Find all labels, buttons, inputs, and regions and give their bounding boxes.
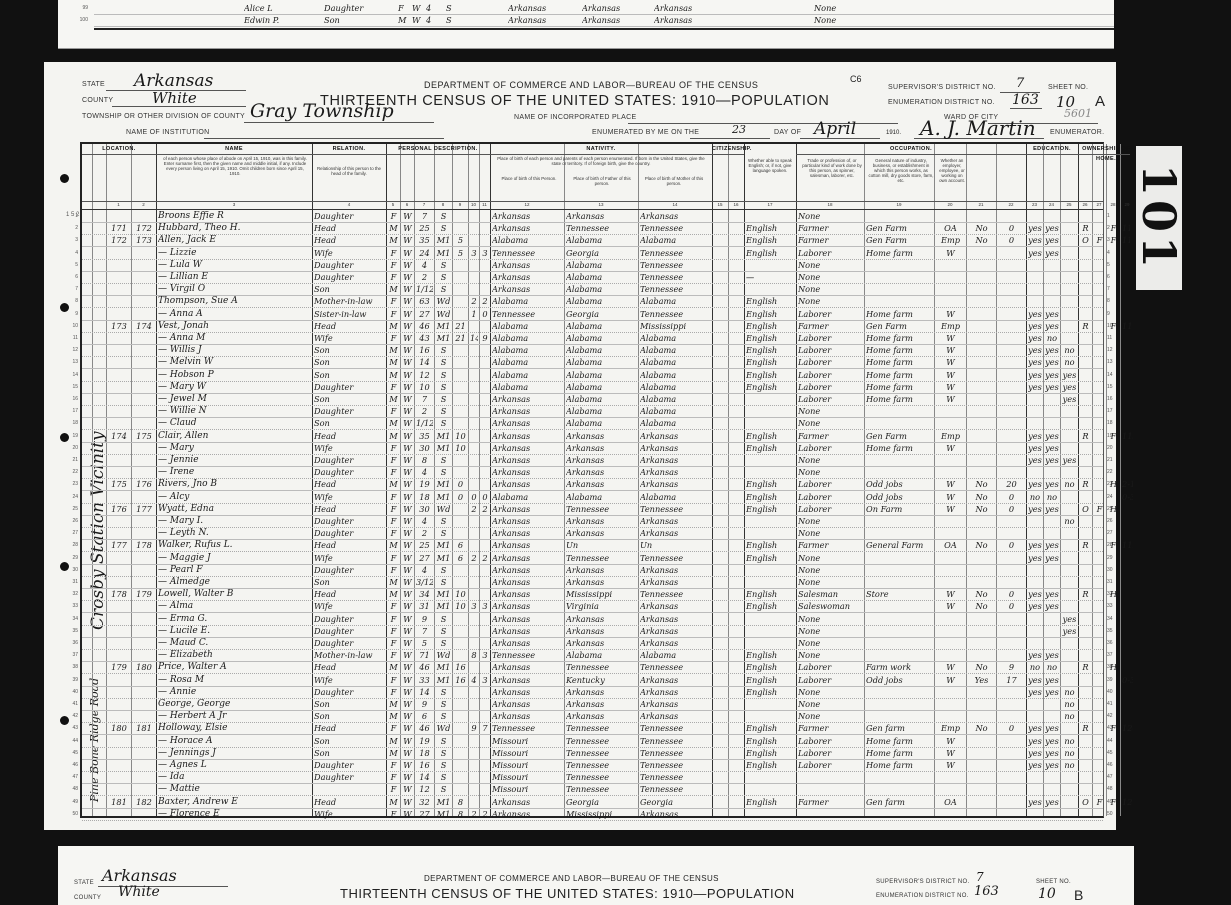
cell-race: W [402, 710, 413, 722]
cell-fh: F [1108, 222, 1119, 234]
cell-sex: M [388, 796, 399, 808]
cell-relation: Head [314, 588, 385, 600]
cell-bp: Arkansas [492, 442, 563, 454]
cell-born [470, 686, 478, 698]
cell-fh: F [1108, 234, 1119, 246]
cell-sched [1122, 735, 1133, 747]
trade-header: Trade or profession of, or particular ki… [800, 158, 864, 198]
cell-lang: English [746, 588, 795, 600]
cell-own [1080, 308, 1091, 320]
cell-marital: S [436, 686, 451, 698]
cell-dwelling [108, 735, 130, 747]
cell-oow [968, 771, 995, 783]
cell-yrs: 5 [454, 234, 467, 246]
cell-sex: F [388, 247, 399, 259]
cell-school [1062, 308, 1077, 320]
cell-bp: Arkansas [492, 210, 563, 222]
cell-own [1080, 686, 1091, 698]
cell-own [1080, 552, 1091, 564]
cell-race: W [402, 247, 413, 259]
cell-age: 4 [416, 466, 433, 478]
cell-emp [936, 295, 965, 307]
cell-sched [1122, 356, 1133, 368]
cell-age: 31 [416, 600, 433, 612]
cell-line: 100 [68, 14, 88, 26]
cell-mbp: Arkansas [640, 600, 711, 612]
cell-sex: F [388, 466, 399, 478]
cell-dwelling [108, 771, 130, 783]
cell-born [470, 320, 478, 332]
cell-age: 5 [416, 637, 433, 649]
column-number: 12 [490, 201, 564, 209]
line-number: 11 [66, 332, 78, 344]
cell-sex: M [388, 393, 399, 405]
cell-fh [1108, 369, 1119, 381]
cell-born [470, 661, 478, 673]
cell-sched: 117 [1122, 320, 1133, 332]
name-column-instructions: of each person whose place of abode on A… [162, 156, 308, 200]
table-row: 3232178179Lowell, Walter BHeadMW34M110Ar… [82, 588, 1103, 601]
cell-age: 2 [416, 271, 433, 283]
cell-industry [866, 259, 933, 271]
cell-age: 12 [416, 369, 433, 381]
cell-lang: English [746, 356, 795, 368]
cell-emp [936, 466, 965, 478]
cell-sex: M [388, 661, 399, 673]
cell-yrs [454, 613, 467, 625]
cell-age: 14 [416, 686, 433, 698]
cell-oow [968, 698, 995, 710]
cell-race: W [402, 405, 413, 417]
cell-sched [1122, 686, 1133, 698]
cell-read: yes [1028, 222, 1042, 234]
cell-family [133, 759, 155, 771]
cell-bp: Arkansas [492, 478, 563, 490]
cell-industry: Home farm [866, 735, 933, 747]
enumerated-day-line [690, 138, 770, 139]
cell-school [1062, 466, 1077, 478]
cell-yrs [454, 698, 467, 710]
cell-name: — Herbert A Jr [158, 710, 311, 722]
cell-own [1080, 771, 1091, 783]
cell-yrs [454, 271, 467, 283]
cell-yrs: 8 [454, 796, 467, 808]
cell-name: — Mattie [158, 783, 311, 795]
cell-dwelling [108, 271, 130, 283]
cell-own: R [1080, 661, 1091, 673]
cell-race: W [402, 625, 413, 637]
cell-born [470, 283, 478, 295]
cell-fh [1108, 259, 1119, 271]
cell-write [1045, 283, 1059, 295]
cell-age: 9 [416, 613, 433, 625]
cell-trade: Laborer [798, 247, 863, 259]
cell-race: W [402, 320, 413, 332]
cell-school [1062, 637, 1077, 649]
cell-birthplace: Arkansas [508, 2, 578, 14]
cell-mbp: Arkansas [640, 515, 711, 527]
cell-name: — Mary W [158, 381, 311, 393]
cell-age: 4 [416, 259, 433, 271]
cell-sex: M [388, 747, 399, 759]
cell-family [133, 515, 155, 527]
cell-family: 177 [133, 503, 155, 515]
cell-marital: S [436, 759, 451, 771]
cell-oow [968, 783, 995, 795]
cell-yrs [454, 747, 467, 759]
cell-relation: Daughter [314, 381, 385, 393]
cell-sched: 0-3-7-X [1122, 674, 1133, 686]
cell-dwelling [108, 686, 130, 698]
cell-born: 2 [470, 552, 478, 564]
cell-oow [968, 613, 995, 625]
cell-fh: H [1108, 661, 1119, 673]
cell-own: O [1080, 796, 1091, 808]
cell-industry: Gen Farm [866, 222, 933, 234]
cell-mort [1094, 600, 1105, 612]
cell-marital: S [436, 783, 451, 795]
table-row: 3434— Erma G.DaughterFW9SArkansasArkansa… [82, 613, 1103, 626]
table-row: 4040— AnnieDaughterFW14SArkansasArkansas… [82, 686, 1103, 699]
cell-oow: No [968, 478, 995, 490]
cell-mort [1094, 710, 1105, 722]
cell-family [133, 247, 155, 259]
cell-school [1062, 405, 1077, 417]
cell-family [133, 735, 155, 747]
cell-mbp: Arkansas [640, 210, 711, 222]
cell-industry [866, 771, 933, 783]
cell-born: 3 [470, 247, 478, 259]
cell-own [1080, 515, 1091, 527]
cell-read [1028, 466, 1042, 478]
cell-mort [1094, 588, 1105, 600]
cell-race: W [402, 698, 413, 710]
cell-sched [1122, 454, 1133, 466]
line-number: 4 [66, 247, 78, 259]
cell-read [1028, 283, 1042, 295]
cell-own [1080, 332, 1091, 344]
bottom-county-value: White [118, 884, 160, 900]
cell-wks [998, 271, 1025, 283]
cell-family: 172 [133, 222, 155, 234]
department-heading: DEPARTMENT OF COMMERCE AND LABOR—BUREAU … [424, 80, 758, 90]
cell-mort [1094, 478, 1105, 490]
cell-fbp: Kentucky [566, 674, 637, 686]
cell-mort [1094, 539, 1105, 551]
cell-fbp: Alabama [566, 295, 637, 307]
cell-trade: Laborer [798, 661, 863, 673]
cell-race: W [402, 796, 413, 808]
cell-wks [998, 808, 1025, 820]
cell-family: 175 [133, 430, 155, 442]
cell-living [481, 283, 489, 295]
cell-race: W [402, 259, 413, 271]
cell-lang [746, 515, 795, 527]
cell-write [1045, 417, 1059, 429]
cell-dwelling [108, 308, 130, 320]
cell-industry [866, 686, 933, 698]
cell-living [481, 637, 489, 649]
cell-bp: Arkansas [492, 674, 563, 686]
cell-emp [936, 783, 965, 795]
cell-read: yes [1028, 649, 1042, 661]
cell-wks [998, 417, 1025, 429]
cell-marital: S [436, 747, 451, 759]
cell-living [481, 210, 489, 222]
cell-fbp: Georgia [566, 308, 637, 320]
cell-own [1080, 356, 1091, 368]
cell-age: 6 [416, 710, 433, 722]
cell-relation: Daughter [314, 686, 385, 698]
cell-family [133, 783, 155, 795]
cell-living [481, 381, 489, 393]
cell-born [470, 564, 478, 576]
cell-read [1028, 271, 1042, 283]
line-number: 45 [66, 747, 78, 759]
cell-name: — Melvin W [158, 356, 311, 368]
cell-marital: S [436, 356, 451, 368]
cell-write [1045, 466, 1059, 478]
cell-relation: Son [314, 393, 385, 405]
cell-lang: English [746, 222, 795, 234]
cell-dwelling [108, 576, 130, 588]
cell-school [1062, 234, 1077, 246]
cell-industry: Odd jobs [866, 478, 933, 490]
cell-oow [968, 747, 995, 759]
cell-fbp: Tennessee [566, 735, 637, 747]
cell-name: — Jewel M [158, 393, 311, 405]
cell-marital: S [436, 515, 451, 527]
cell-yrs: 0 [454, 491, 467, 503]
cell-read [1028, 771, 1042, 783]
cell-trade: Laborer [798, 393, 863, 405]
cell-yrs [454, 466, 467, 478]
cell-family [133, 625, 155, 637]
cell-industry [866, 649, 933, 661]
cell-read [1028, 710, 1042, 722]
cell-dwelling: 171 [108, 222, 130, 234]
cell-sex: F [388, 332, 399, 344]
cell-relation: Son [314, 344, 385, 356]
cell-living [481, 625, 489, 637]
cell-race: W [402, 515, 413, 527]
cell-sex: F [388, 491, 399, 503]
cell-wks: 0 [998, 722, 1025, 734]
cell-industry: Farm work [866, 661, 933, 673]
cell-family [133, 771, 155, 783]
cell-yrs: 5 [454, 247, 467, 259]
cell-read [1028, 210, 1042, 222]
cell-read: yes [1028, 442, 1042, 454]
cell-write [1045, 771, 1059, 783]
cell-born: 4 [470, 674, 478, 686]
cell-race: W [402, 686, 413, 698]
cell-sched [1122, 661, 1133, 673]
cell-lang [746, 808, 795, 820]
cell-wks [998, 796, 1025, 808]
cell-oow: No [968, 661, 995, 673]
cell-family [133, 466, 155, 478]
cell-yrs [454, 686, 467, 698]
cell-age: 27 [416, 552, 433, 564]
cell-relation: Daughter [314, 454, 385, 466]
cell-sched [1122, 637, 1133, 649]
cell-own [1080, 747, 1091, 759]
line-number: 39 [66, 674, 78, 686]
cell-family: 178 [133, 539, 155, 551]
cell-living [481, 320, 489, 332]
cell-fbp: Mississippi [566, 808, 637, 820]
cell-relation: Son [314, 735, 385, 747]
cell-school [1062, 442, 1077, 454]
cell-school: yes [1062, 381, 1077, 393]
cell-fh [1108, 613, 1119, 625]
cell-living [481, 271, 489, 283]
cell-sex: M [398, 14, 412, 26]
cell-trade: None [798, 637, 863, 649]
cell-own [1080, 259, 1091, 271]
cell-oow [968, 564, 995, 576]
cell-yrs [454, 295, 467, 307]
cell-emp [936, 417, 965, 429]
cell-lang: English [746, 430, 795, 442]
cell-born [470, 369, 478, 381]
cell-bp: Arkansas [492, 613, 563, 625]
bottom-department: DEPARTMENT OF COMMERCE AND LABOR—BUREAU … [424, 874, 719, 883]
line-number: 31 [66, 576, 78, 588]
cell-race: W [402, 271, 413, 283]
cell-bp: Arkansas [492, 552, 563, 564]
cell-emp: W [936, 369, 965, 381]
cell-write: yes [1045, 234, 1059, 246]
cell-fbp: Alabama [566, 393, 637, 405]
cell-lang: English [746, 247, 795, 259]
cell-dwelling [108, 527, 130, 539]
cell-name: — Almedge [158, 576, 311, 588]
cell-born [470, 466, 478, 478]
cell-age: 14 [416, 771, 433, 783]
cell-marital: Wd [436, 503, 451, 515]
cell-born [470, 539, 478, 551]
column-number: 8 [434, 201, 452, 209]
line-number: 43 [66, 722, 78, 734]
cell-fbp: Arkansas [566, 454, 637, 466]
cell-yrs [454, 405, 467, 417]
cell-own [1080, 210, 1091, 222]
cell-bp: Arkansas [492, 564, 563, 576]
cell-industry: Home farm [866, 247, 933, 259]
cell-industry: Gen farm [866, 796, 933, 808]
cell-lang: English [746, 442, 795, 454]
cell-school: no [1062, 344, 1077, 356]
cell-bp: Alabama [492, 356, 563, 368]
cell-name: — Leyth N. [158, 527, 311, 539]
cell-sched [1122, 600, 1133, 612]
cell-school [1062, 247, 1077, 259]
cell-yrs [454, 210, 467, 222]
cell-mbp: Alabama [640, 491, 711, 503]
cell-sex: F [388, 686, 399, 698]
line-number: 8 [66, 295, 78, 307]
cell-age: 1/12 [416, 283, 433, 295]
cell-age: 7 [416, 393, 433, 405]
cell-mbp: Alabama [640, 381, 711, 393]
cell-race: W [402, 356, 413, 368]
cell-living: 2 [481, 552, 489, 564]
table-row: 22171172Hubbard, Theo H.HeadMW25SArkansa… [82, 222, 1103, 235]
cell-name: — Claud [158, 417, 311, 429]
line-number: 12 [66, 344, 78, 356]
cell-sex: M [388, 369, 399, 381]
cell-fh [1108, 735, 1119, 747]
cell-lang: English [746, 747, 795, 759]
cell-dwelling [108, 747, 130, 759]
cell-bp: Arkansas [492, 417, 563, 429]
cell-family [133, 576, 155, 588]
cell-family: 176 [133, 478, 155, 490]
cell-marital: S [436, 527, 451, 539]
cell-name: — Lillian E [158, 271, 311, 283]
cell-yrs [454, 564, 467, 576]
supervisor-district-value: 7 [1016, 76, 1024, 91]
cell-lang: English [746, 344, 795, 356]
header-education: EDUCATION. [1026, 144, 1078, 155]
cell-sex: F [388, 625, 399, 637]
table-row: 77— Virgil OSonMW1/12SArkansasAlabamaTen… [82, 283, 1103, 296]
cell-born [470, 271, 478, 283]
cell-fh: H [1108, 478, 1119, 490]
cell-living: 3 [481, 674, 489, 686]
binder-hole [60, 174, 69, 183]
cell-relation: Son [314, 356, 385, 368]
cell-sex: M [388, 430, 399, 442]
cell-school [1062, 210, 1077, 222]
cell-lang: English [746, 308, 795, 320]
cell-trade: None [798, 686, 863, 698]
line-number: 30 [66, 564, 78, 576]
cell-yrs: 10 [454, 430, 467, 442]
cell-mort [1094, 295, 1105, 307]
cell-fh [1108, 454, 1119, 466]
cell-race: W [402, 417, 413, 429]
cell-age: 24 [416, 247, 433, 259]
cell-write: yes [1045, 735, 1059, 747]
cell-dwelling [108, 454, 130, 466]
table-row: 5050— Florence EWifeFW27M1822ArkansasMis… [82, 808, 1103, 821]
cell-write [1045, 613, 1059, 625]
cell-fbp: Arkansas [566, 527, 637, 539]
cell-trade: None [798, 283, 863, 295]
cell-age: 71 [416, 649, 433, 661]
cell-trade: None [798, 552, 863, 564]
cell-mort [1094, 722, 1105, 734]
cell-race: W [402, 637, 413, 649]
table-row: 3333— AlmaWifeFW31M11033ArkansasVirginia… [82, 600, 1103, 613]
cell-sex: F [388, 515, 399, 527]
cell-born [470, 735, 478, 747]
cell-school [1062, 564, 1077, 576]
cell-read [1028, 625, 1042, 637]
cell-read: yes [1028, 539, 1042, 551]
cell-lang [746, 259, 795, 271]
cell-yrs [454, 503, 467, 515]
cell-sex: F [388, 759, 399, 771]
institution-line [204, 138, 444, 139]
cell-lang: English [746, 332, 795, 344]
cell-school [1062, 808, 1077, 820]
cell-read [1028, 576, 1042, 588]
cell-living: 3 [481, 649, 489, 661]
